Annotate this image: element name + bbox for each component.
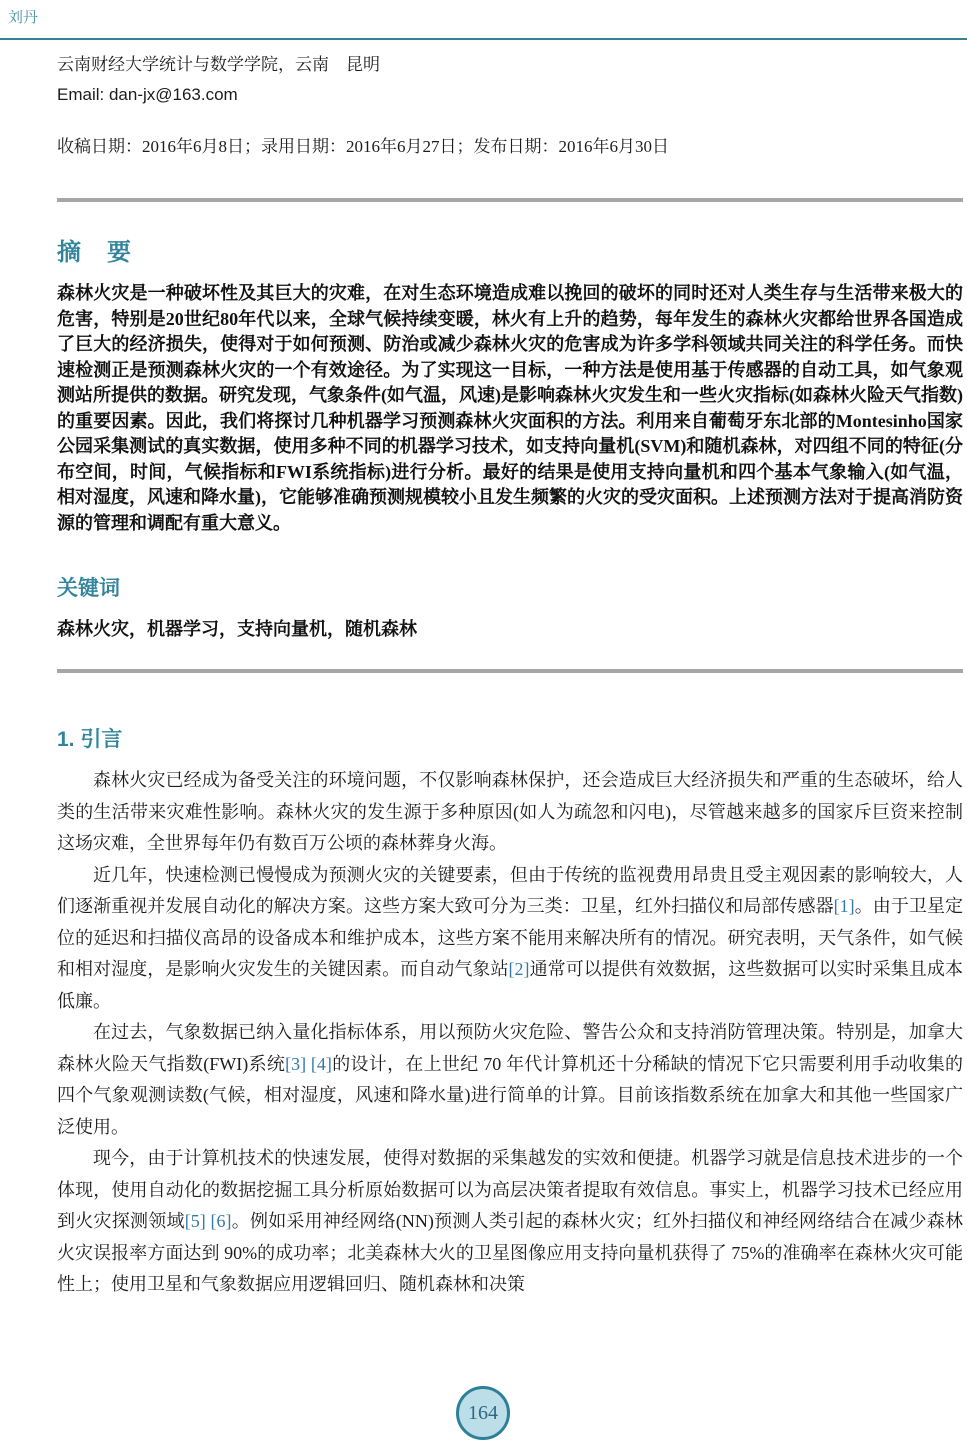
- abstract-text: 森林火灾是一种破坏性及其巨大的灾难，在对生态环境造成难以挽回的破坏的同时还对人类…: [57, 281, 963, 536]
- citation-link[interactable]: [2]: [509, 959, 530, 979]
- dates-line: 收稿日期：2016年6月8日；录用日期：2016年6月27日；发布日期：2016…: [57, 134, 963, 160]
- affiliation-line: 云南财经大学统计与数学学院，云南 昆明: [57, 50, 963, 80]
- intro-paragraph: 在过去，气象数据已纳入量化指标体系，用以预防火灾危险、警告公众和支持消防管理决策…: [57, 1017, 963, 1143]
- email-line: Email: dan-jx@163.com: [57, 80, 963, 110]
- introduction-heading: 1. 引言: [57, 723, 963, 753]
- section-divider-top: [57, 198, 963, 202]
- page-number: 164: [468, 1402, 498, 1425]
- section-divider-bottom: [57, 669, 963, 673]
- citation-link[interactable]: [1]: [834, 896, 855, 916]
- intro-paragraph: 森林火灾已经成为备受关注的环境问题，不仅影响森林保护，还会造成巨大经济损失和严重…: [57, 765, 963, 860]
- abstract-heading: 摘 要: [57, 232, 963, 267]
- page-number-badge: 164: [456, 1386, 510, 1440]
- running-header-author: 刘丹: [8, 6, 38, 27]
- introduction-paragraphs: 森林火灾已经成为备受关注的环境问题，不仅影响森林保护，还会造成巨大经济损失和严重…: [57, 765, 963, 1301]
- page-content: 云南财经大学统计与数学学院，云南 昆明 Email: dan-jx@163.co…: [57, 0, 963, 1301]
- intro-paragraph: 近几年，快速检测已慢慢成为预测火灾的关键要素，但由于传统的监视费用昂贵且受主观因…: [57, 860, 963, 1018]
- keywords-heading: 关键词: [57, 572, 963, 602]
- citation-link[interactable]: [3] [4]: [285, 1054, 332, 1074]
- intro-paragraph: 现今，由于计算机技术的快速发展，使得对数据的采集越发的实效和便捷。机器学习就是信…: [57, 1143, 963, 1301]
- keywords-text: 森林火灾，机器学习，支持向量机，随机森林: [57, 615, 963, 641]
- citation-link[interactable]: [5] [6]: [185, 1211, 232, 1231]
